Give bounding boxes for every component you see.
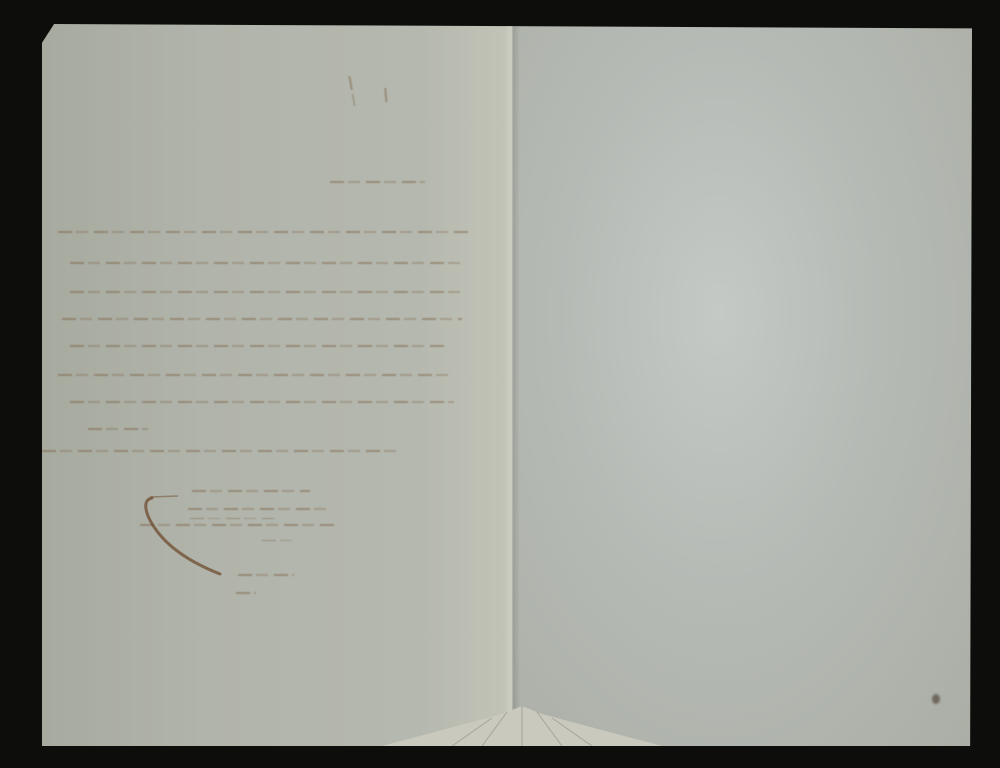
header-mark — [348, 76, 355, 106]
body-line — [88, 428, 148, 430]
body-line — [70, 262, 462, 264]
signature-line — [192, 490, 310, 492]
binding-crease — [382, 696, 662, 746]
body-line — [70, 291, 462, 293]
ink-blot — [932, 694, 940, 704]
center-fold — [504, 24, 520, 746]
right-page — [512, 24, 972, 746]
date-line — [236, 592, 256, 594]
signature-flourish — [142, 494, 242, 584]
letter-sheet — [42, 24, 972, 746]
header-mark — [384, 88, 388, 106]
body-line — [62, 318, 462, 320]
left-page — [42, 24, 512, 746]
salutation-line — [330, 181, 425, 183]
closing-line — [42, 450, 398, 452]
signature-underline — [262, 540, 296, 541]
body-line — [70, 345, 448, 347]
date-line — [238, 574, 294, 576]
body-line — [58, 374, 452, 376]
body-line — [58, 231, 468, 233]
body-line — [70, 401, 454, 403]
